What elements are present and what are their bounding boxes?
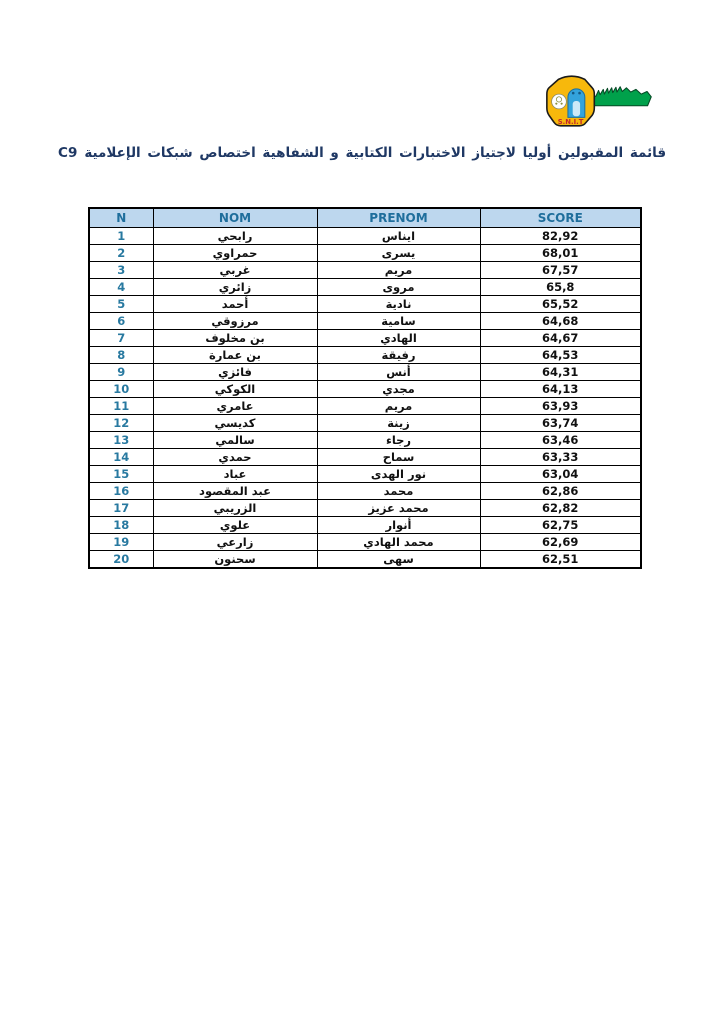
cell-score: 63,74 — [480, 414, 641, 431]
header-prenom: PRENOM — [317, 208, 480, 227]
results-table: N NOM PRENOM SCORE 1 رابحي ايناس 82,92 2… — [88, 207, 642, 569]
cell-prenom: يسرى — [317, 244, 480, 261]
cell-n: 10 — [89, 380, 153, 397]
cell-score: 62,82 — [480, 499, 641, 516]
cell-n: 14 — [89, 448, 153, 465]
cell-nom: سحنون — [153, 550, 317, 568]
cell-n: 7 — [89, 329, 153, 346]
emblem-dot-right — [561, 103, 563, 105]
cell-score: 65,52 — [480, 295, 641, 312]
cell-score: 62,51 — [480, 550, 641, 568]
cell-n: 2 — [89, 244, 153, 261]
cell-nom: مرزوقي — [153, 312, 317, 329]
cell-prenom: محمد عزيز — [317, 499, 480, 516]
cell-score: 63,93 — [480, 397, 641, 414]
emblem-dot-left — [555, 103, 557, 105]
cell-nom: علوي — [153, 516, 317, 533]
cell-nom: فائزي — [153, 363, 317, 380]
cell-score: 64,67 — [480, 329, 641, 346]
table-row: 15 عباد نور الهدى 63,04 — [89, 465, 641, 482]
table-row: 8 بن عمارة رفيقة 64,53 — [89, 346, 641, 363]
cell-nom: زارعي — [153, 533, 317, 550]
cell-prenom: نور الهدى — [317, 465, 480, 482]
cell-score: 64,31 — [480, 363, 641, 380]
cell-prenom: زينة — [317, 414, 480, 431]
cell-n: 19 — [89, 533, 153, 550]
cell-prenom: مريم — [317, 261, 480, 278]
keyhole-inner — [573, 101, 580, 116]
emblem-circle — [552, 94, 567, 109]
cell-n: 17 — [89, 499, 153, 516]
cell-score: 63,04 — [480, 465, 641, 482]
cell-score: 64,53 — [480, 346, 641, 363]
header-score: SCORE — [480, 208, 641, 227]
page-title: قائمة المقبولين أوليا لاجتياز الاختبارات… — [30, 145, 694, 161]
table-row: 1 رابحي ايناس 82,92 — [89, 227, 641, 244]
table-row: 20 سحنون سهى 62,51 — [89, 550, 641, 568]
table-row: 14 حمدي سماح 63,33 — [89, 448, 641, 465]
header-n: N — [89, 208, 153, 227]
cell-prenom: أنوار — [317, 516, 480, 533]
cell-n: 6 — [89, 312, 153, 329]
table-row: 12 كديسي زينة 63,74 — [89, 414, 641, 431]
cell-nom: بن مخلوف — [153, 329, 317, 346]
cell-nom: بن عمارة — [153, 346, 317, 363]
snit-logo: S.N.I.T — [542, 72, 654, 130]
cell-prenom: سامية — [317, 312, 480, 329]
table-row: 10 الكوكي مجدي 64,13 — [89, 380, 641, 397]
table-row: 3 غربي مريم 67,57 — [89, 261, 641, 278]
cell-prenom: نادية — [317, 295, 480, 312]
cell-score: 67,57 — [480, 261, 641, 278]
snit-key-logo-graphic: S.N.I.T — [542, 72, 654, 130]
cell-score: 63,33 — [480, 448, 641, 465]
cell-score: 62,75 — [480, 516, 641, 533]
cell-nom: حمراوي — [153, 244, 317, 261]
cell-prenom: مروى — [317, 278, 480, 295]
cell-n: 8 — [89, 346, 153, 363]
table-row: 11 عامري مريم 63,93 — [89, 397, 641, 414]
cell-score: 62,86 — [480, 482, 641, 499]
cell-prenom: رجاء — [317, 431, 480, 448]
results-table-container: N NOM PRENOM SCORE 1 رابحي ايناس 82,92 2… — [88, 207, 640, 569]
table-row: 19 زارعي محمد الهادي 62,69 — [89, 533, 641, 550]
cell-prenom: محمد الهادي — [317, 533, 480, 550]
cell-n: 1 — [89, 227, 153, 244]
cell-n: 13 — [89, 431, 153, 448]
cell-prenom: رفيقة — [317, 346, 480, 363]
cell-prenom: سهى — [317, 550, 480, 568]
cell-nom: عبد المقصود — [153, 482, 317, 499]
snit-logo-text: S.N.I.T — [558, 118, 584, 126]
cell-score: 82,92 — [480, 227, 641, 244]
key-shaft-shape — [592, 87, 651, 106]
cell-n: 11 — [89, 397, 153, 414]
cell-nom: عباد — [153, 465, 317, 482]
cell-n: 20 — [89, 550, 153, 568]
cell-prenom: محمد — [317, 482, 480, 499]
cell-nom: كديسي — [153, 414, 317, 431]
cell-prenom: ايناس — [317, 227, 480, 244]
score-table-body: 1 رابحي ايناس 82,92 2 حمراوي يسرى 68,01 … — [89, 227, 641, 568]
table-header-row: N NOM PRENOM SCORE — [89, 208, 641, 227]
cell-score: 64,68 — [480, 312, 641, 329]
cell-prenom: الهادي — [317, 329, 480, 346]
cell-prenom: سماح — [317, 448, 480, 465]
keyhole-dot-left — [572, 92, 575, 95]
cell-prenom: مجدي — [317, 380, 480, 397]
header-nom: NOM — [153, 208, 317, 227]
table-row: 17 الزريبي محمد عزيز 62,82 — [89, 499, 641, 516]
table-row: 16 عبد المقصود محمد 62,86 — [89, 482, 641, 499]
cell-prenom: مريم — [317, 397, 480, 414]
cell-n: 12 — [89, 414, 153, 431]
cell-nom: غربي — [153, 261, 317, 278]
cell-n: 16 — [89, 482, 153, 499]
cell-nom: رابحي — [153, 227, 317, 244]
table-row: 5 أحمد نادية 65,52 — [89, 295, 641, 312]
table-row: 9 فائزي أنس 64,31 — [89, 363, 641, 380]
table-row: 7 بن مخلوف الهادي 64,67 — [89, 329, 641, 346]
cell-n: 3 — [89, 261, 153, 278]
cell-nom: حمدي — [153, 448, 317, 465]
table-row: 6 مرزوقي سامية 64,68 — [89, 312, 641, 329]
cell-score: 68,01 — [480, 244, 641, 261]
document-page: S.N.I.T قائمة المقبولين أوليا لاجتياز ال… — [0, 0, 724, 1024]
cell-nom: سالمي — [153, 431, 317, 448]
cell-nom: عامري — [153, 397, 317, 414]
cell-nom: الكوكي — [153, 380, 317, 397]
cell-nom: أحمد — [153, 295, 317, 312]
cell-score: 62,69 — [480, 533, 641, 550]
table-row: 13 سالمي رجاء 63,46 — [89, 431, 641, 448]
cell-score: 63,46 — [480, 431, 641, 448]
cell-n: 4 — [89, 278, 153, 295]
cell-nom: الزريبي — [153, 499, 317, 516]
table-row: 18 علوي أنوار 62,75 — [89, 516, 641, 533]
cell-n: 9 — [89, 363, 153, 380]
cell-prenom: أنس — [317, 363, 480, 380]
keyhole-dot-right — [578, 92, 581, 95]
table-row: 4 زائري مروى 65,8 — [89, 278, 641, 295]
cell-score: 64,13 — [480, 380, 641, 397]
table-row: 2 حمراوي يسرى 68,01 — [89, 244, 641, 261]
cell-n: 18 — [89, 516, 153, 533]
cell-n: 15 — [89, 465, 153, 482]
cell-score: 65,8 — [480, 278, 641, 295]
cell-nom: زائري — [153, 278, 317, 295]
cell-n: 5 — [89, 295, 153, 312]
